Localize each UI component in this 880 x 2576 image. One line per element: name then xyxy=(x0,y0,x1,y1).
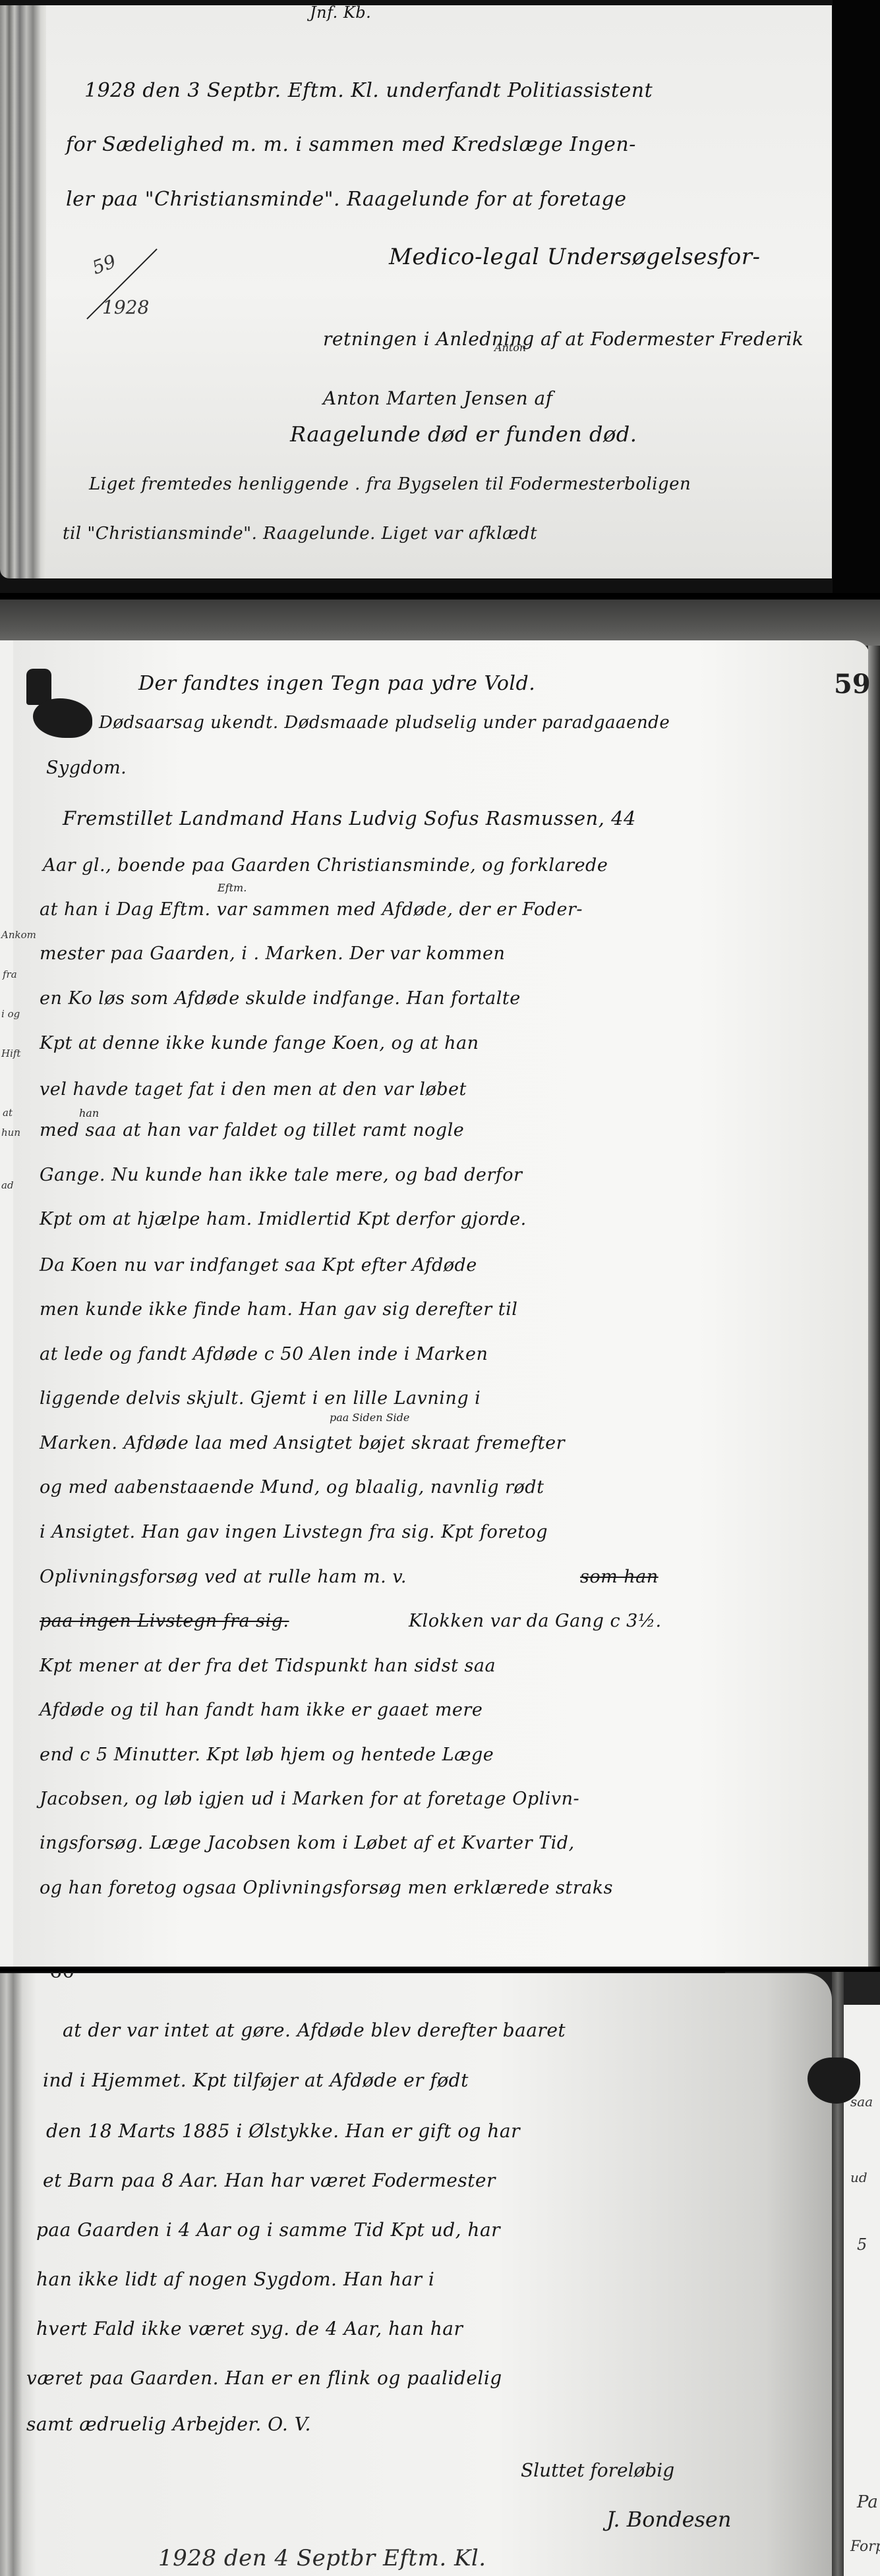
scan-page-entry-heading: Jnf. Kb. 1928 den 3 Septbr. Eftm. Kl. un… xyxy=(0,0,880,593)
body-line: med saa at han var faldet og tillet ramt… xyxy=(40,1120,464,1140)
entry-title-line: Medico-legal Undersøgelsesfor- xyxy=(389,244,760,270)
body-line: og han foretog ogsaa Oplivningsforsøg me… xyxy=(40,1878,613,1898)
scan-border xyxy=(833,0,880,593)
margin-note: fra xyxy=(3,968,17,980)
entry-line-5: retningen i Anledning af at Fodermester … xyxy=(323,310,811,428)
body-line: Jacobsen, og løb igjen ud i Marken for a… xyxy=(40,1789,579,1809)
binding-band xyxy=(0,600,880,646)
body-line: Marken. Afdøde laa med Ansigtet bøjet sk… xyxy=(40,1433,565,1453)
body-line: at lede og fandt Afdøde c 50 Alen inde i… xyxy=(40,1344,488,1364)
entry-line-2: for Sædelighed m. m. i sammen med Kredsl… xyxy=(66,133,636,156)
body-line: Kpt mener at der fra det Tidspunkt han s… xyxy=(40,1656,496,1676)
body-line: paa Gaarden i 4 Aar og i samme Tid Kpt u… xyxy=(36,2219,500,2241)
body-line: liggende delvis skjult. Gjemt i en lille… xyxy=(40,1388,481,1409)
insertion-anton: Anton xyxy=(494,341,526,354)
struck-text: paa ingen Livstegn fra sig. xyxy=(40,1611,289,1631)
entry-line-3: ler paa "Christiansminde". Raagelunde fo… xyxy=(66,188,627,211)
facing-fragment: 5 xyxy=(857,2235,867,2254)
margin-case-year: 1928 xyxy=(102,296,149,318)
signature: J. Bondesen xyxy=(606,2507,731,2532)
entry-line-8: til "Christiansminde". Raagelunde. Liget… xyxy=(63,524,537,544)
body-line: vel havde taget fat i den men at den var… xyxy=(40,1079,467,1100)
margin-note: Hift xyxy=(1,1048,20,1059)
body-line: Da Koen nu var indfanget saa Kpt efter A… xyxy=(40,1255,477,1275)
page-number: 59 xyxy=(834,669,871,700)
body-line: Der fandtes ingen Tegn paa ydre Vold. xyxy=(138,672,535,695)
scan-page-59: 59 Der fandtes ingen Tegn paa ydre Vold.… xyxy=(0,600,880,1967)
insertion: han xyxy=(79,1107,99,1119)
body-line: været paa Gaarden. Han er en flink og pa… xyxy=(26,2367,502,2389)
body-line: Sygdom. xyxy=(46,758,127,778)
header-scribble: Jnf. Kb. xyxy=(310,3,371,22)
body-line: Klokken var da Gang c 3½. xyxy=(409,1611,662,1631)
body-line: en Ko løs som Afdøde skulde indfange. Ha… xyxy=(40,988,521,1009)
body-line: ingsforsøg. Læge Jacobsen kom i Løbet af… xyxy=(40,1833,575,1853)
body-line: han ikke lidt af nogen Sygdom. Han har i xyxy=(36,2268,434,2290)
margin-note: i og xyxy=(1,1008,20,1020)
insertion: Eftm. xyxy=(218,882,247,894)
entry-line-7: Liget fremtedes henliggende . fra Bygsel… xyxy=(89,474,691,494)
body-line: ind i Hjemmet. Kpt tilføjer at Afdøde er… xyxy=(43,2069,469,2091)
margin-note: at xyxy=(3,1107,13,1119)
body-line: samt ædruelig Arbejder. O. V. xyxy=(26,2413,311,2435)
body-line: at der var intet at gøre. Afdøde blev de… xyxy=(63,2019,566,2041)
closing-note: Sluttet foreløbig xyxy=(521,2459,674,2481)
body-line: Oplivningsforsøg ved at rulle ham m. v. xyxy=(40,1567,407,1587)
body-line: et Barn paa 8 Aar. Han har været Foderme… xyxy=(43,2170,496,2191)
page-edge-shadow xyxy=(868,646,880,1967)
body-line: Fremstillet Landmand Hans Ludvig Sofus R… xyxy=(63,807,636,829)
entry-line-1: 1928 den 3 Septbr. Eftm. Kl. underfandt … xyxy=(84,79,653,102)
entry-line-6: Raagelunde død er funden død. xyxy=(290,422,637,447)
facing-fragment: saa xyxy=(850,2094,873,2110)
body-line: Aar gl., boende paa Gaarden Christiansmi… xyxy=(43,855,608,876)
margin-note: ad xyxy=(1,1179,14,1191)
body-line: Kpt om at hjælpe ham. Imidlertid Kpt der… xyxy=(40,1209,527,1229)
page-number: 60 xyxy=(49,1972,74,1983)
facing-fragment: Pa xyxy=(857,2492,878,2512)
left-strip xyxy=(0,640,13,1967)
margin-note: Ankom xyxy=(1,929,36,941)
body-line: i Ansigtet. Han gav ingen Livstegn fra s… xyxy=(40,1522,548,1542)
facing-fragment: Forp xyxy=(850,2538,880,2555)
body-line: hvert Fald ikke været syg. de 4 Aar, han… xyxy=(36,2318,463,2339)
body-line: men kunde ikke finde ham. Han gav sig de… xyxy=(40,1299,517,1320)
body-line: Kpt at denne ikke kunde fange Koen, og a… xyxy=(40,1033,479,1053)
body-line: den 18 Marts 1885 i Ølstykke. Han er gif… xyxy=(46,2120,520,2142)
struck-word: som han xyxy=(580,1567,659,1587)
body-line: end c 5 Minutter. Kpt løb hjem og hented… xyxy=(40,1745,494,1765)
body-line: Dødsaarsag ukendt. Dødsmaade pludselig u… xyxy=(99,713,670,733)
body-line: at han i Dag Eftm. var sammen med Afdøde… xyxy=(40,899,583,920)
cutoff-next-entry: 1928 den 4 Septbr Eftm. Kl. xyxy=(158,2545,486,2571)
scan-page-60: 60 at der var intet at gøre. Afdøde blev… xyxy=(0,1972,880,2576)
facing-fragment: ud xyxy=(850,2170,867,2185)
margin-note: hun xyxy=(1,1127,20,1138)
body-line: og med aabenstaaende Mund, og blaalig, n… xyxy=(40,1477,544,1498)
body-line: mester paa Gaarden, i . Marken. Der var … xyxy=(40,943,505,964)
body-line: Afdøde og til han fandt ham ikke er gaae… xyxy=(40,1700,483,1720)
insertion: paa Siden Side xyxy=(330,1411,409,1424)
body-line: Gange. Nu kunde han ikke tale mere, og b… xyxy=(40,1165,522,1185)
